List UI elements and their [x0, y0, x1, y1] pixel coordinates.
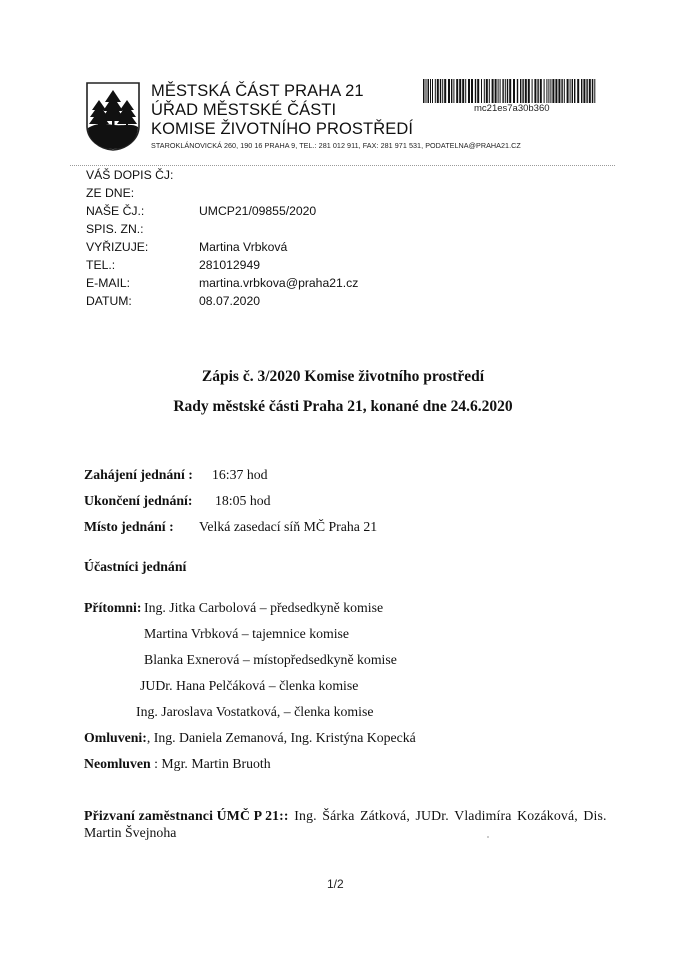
participants-heading-text: Účastníci jednání	[84, 559, 186, 574]
unexcused-value: : Mgr. Martin Bruoth	[151, 756, 271, 771]
org-name-line3: KOMISE ŽIVOTNÍHO PROSTŘEDÍ	[151, 120, 413, 138]
participants-heading: Účastníci jednání	[84, 559, 186, 575]
document-title: Zápis č. 3/2020 Komise životního prostře…	[4, 368, 678, 386]
meta-label: E-MAIL:	[86, 276, 130, 290]
present-label: Přítomni:	[84, 600, 141, 616]
meta-value-our-ref: UMCP21/09855/2020	[199, 204, 316, 218]
meta-label: NAŠE ČJ.:	[86, 204, 144, 218]
present-member: Ing. Jitka Carbolová – předsedkyně komis…	[144, 600, 383, 616]
meeting-end-label: Ukončení jednání:	[84, 493, 192, 508]
meta-value-phone: 281012949	[199, 258, 260, 272]
meeting-start: Zahájení jednání :	[84, 467, 193, 483]
present-member: Ing. Jaroslava Vostatková, – členka komi…	[136, 704, 373, 720]
unexcused-line: Neomluven : Mgr. Martin Bruoth	[84, 756, 271, 772]
unexcused-label: Neomluven	[84, 756, 151, 771]
present-member: Martina Vrbková – tajemnice komise	[144, 626, 349, 642]
present-member: Blanka Exnerová – místopředsedkyně komis…	[144, 652, 397, 668]
header-separator	[70, 165, 615, 166]
meeting-start-value: 16:37 hod	[212, 467, 268, 483]
meeting-place-label: Místo jednání :	[84, 519, 174, 534]
excused-label: Omluveni:	[84, 730, 147, 745]
excused-value: , Ing. Daniela Zemanová, Ing. Kristýna K…	[147, 730, 416, 745]
invited-line: Přizvaní zaměstnanci ÚMČ P 21:: Ing. Šár…	[84, 808, 607, 824]
meta-value-date: 08.07.2020	[199, 294, 260, 308]
invited-value: Ing. Šárka Zátková, JUDr. Vladimíra Kozá…	[289, 808, 607, 823]
invited-label: Přizvaní zaměstnanci ÚMČ P 21::	[84, 808, 289, 823]
org-name-line1: MĚSTSKÁ ČÁST PRAHA 21	[151, 82, 364, 100]
present-label-text: Přítomni:	[84, 600, 141, 615]
meeting-place-value: Velká zasedací síň MČ Praha 21	[199, 519, 377, 535]
coat-of-arms-icon	[84, 80, 142, 152]
meeting-end-value: 18:05 hod	[215, 493, 271, 509]
meta-label: VYŘIZUJE:	[86, 240, 148, 254]
meta-label: ZE DNE:	[86, 186, 134, 200]
invited-value-continued: Martin Švejnoha	[84, 825, 176, 841]
present-member: JUDr. Hana Pelčáková – členka komise	[140, 678, 358, 694]
meta-value-handler: Martina Vrbková	[199, 240, 287, 254]
org-address: STAROKLÁNOVICKÁ 260, 190 16 PRAHA 9, TEL…	[151, 141, 521, 150]
scan-artifact	[487, 836, 489, 838]
barcode-text: mc21es7a30b360	[474, 103, 550, 114]
meeting-start-label: Zahájení jednání :	[84, 467, 193, 482]
meta-label: VÁŠ DOPIS ČJ:	[86, 168, 173, 182]
meta-value-email: martina.vrbkova@praha21.cz	[199, 276, 358, 290]
meta-label: SPIS. ZN.:	[86, 222, 144, 236]
barcode-icon	[423, 79, 596, 103]
meeting-end: Ukončení jednání:	[84, 493, 192, 509]
org-name-line2: ÚŘAD MĚSTSKÉ ČÁSTI	[151, 101, 336, 119]
page-number: 1/2	[327, 877, 344, 891]
meta-label: TEL.:	[86, 258, 115, 272]
excused-line: Omluveni:, Ing. Daniela Zemanová, Ing. K…	[84, 730, 416, 746]
meeting-place: Místo jednání :	[84, 519, 174, 535]
meta-label: DATUM:	[86, 294, 132, 308]
document-subtitle: Rady městské části Praha 21, konané dne …	[4, 398, 678, 416]
